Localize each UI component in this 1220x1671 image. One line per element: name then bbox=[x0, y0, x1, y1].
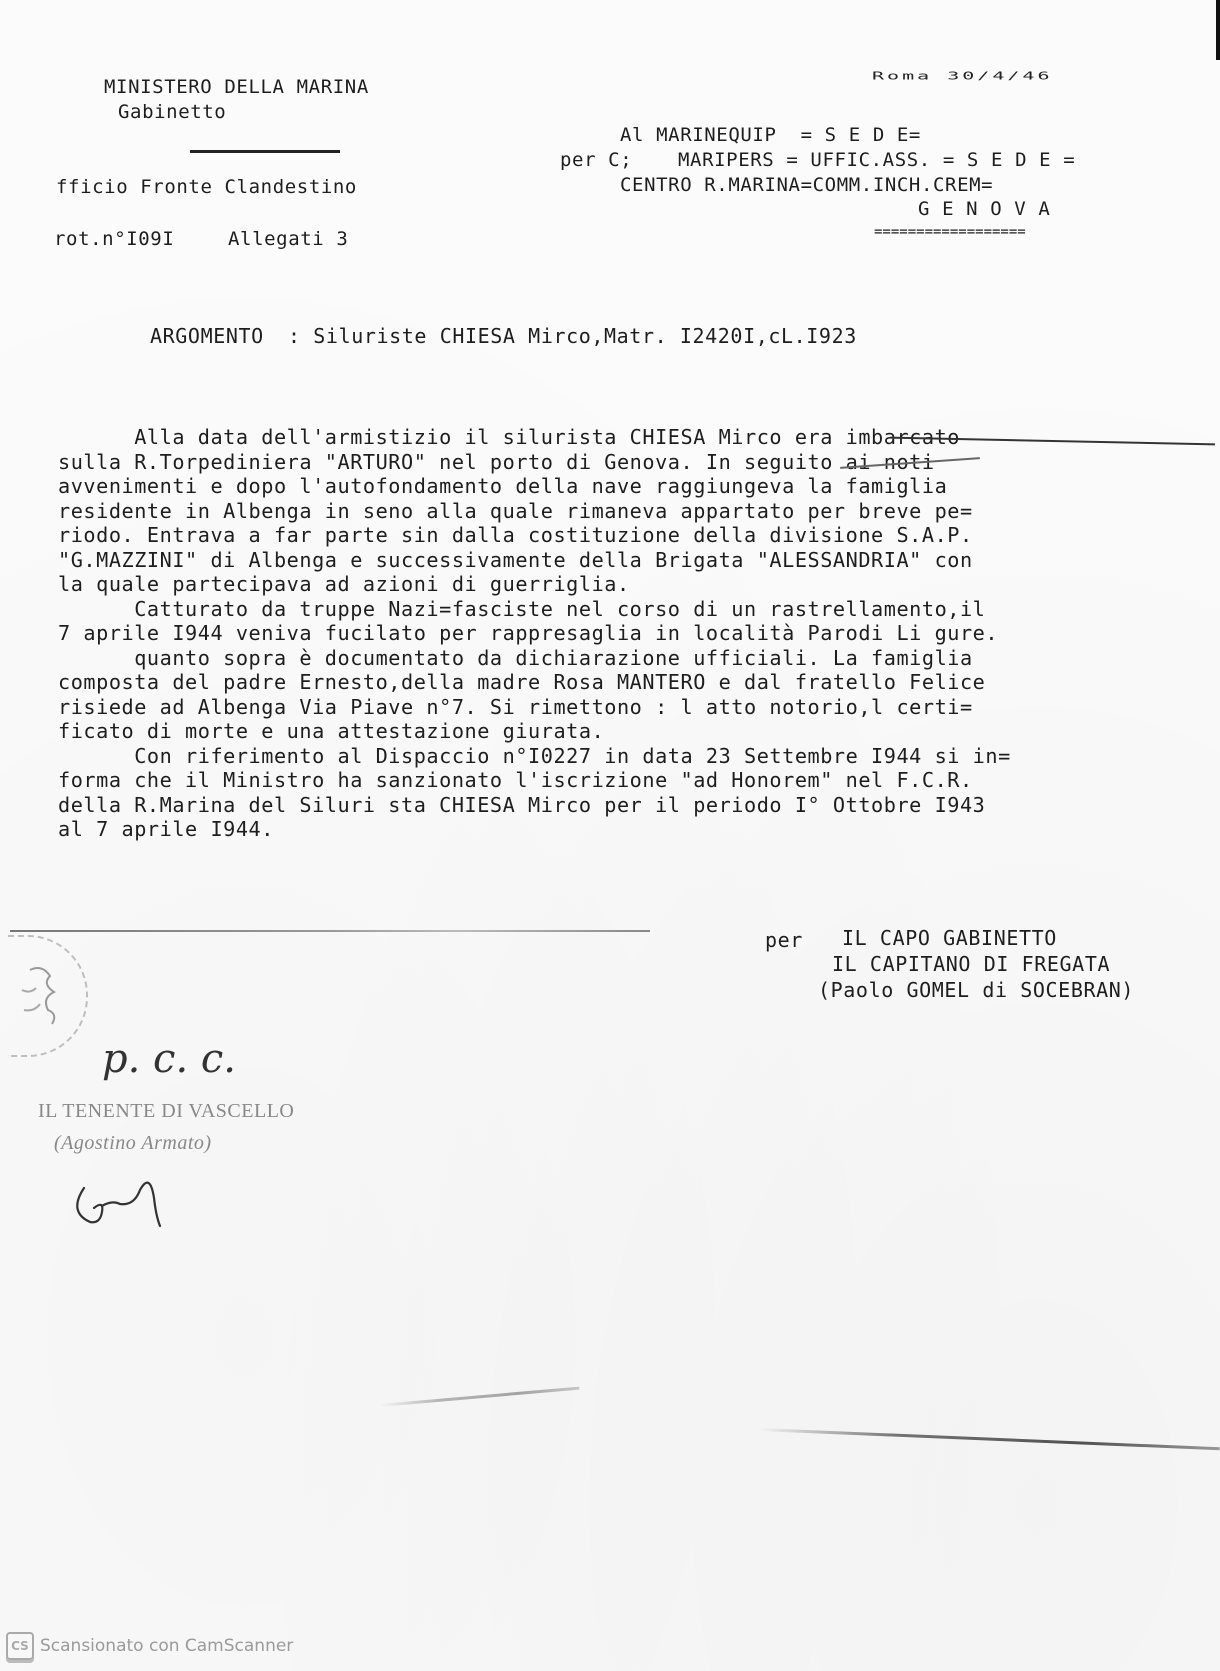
body-line: composta del padre Ernesto,della madre R… bbox=[58, 670, 1218, 695]
scan-artifact bbox=[380, 1387, 580, 1407]
body-line: ficato di morte e una attestazione giura… bbox=[58, 719, 1218, 744]
body-line: Con riferimento al Dispaccio n°I0227 in … bbox=[58, 744, 1218, 769]
scan-artifact bbox=[760, 1428, 1220, 1450]
body-line: avvenimenti e dopo l'autofondamento dell… bbox=[58, 474, 1218, 499]
watermark-text: Scansionato con CamScanner bbox=[40, 1636, 293, 1656]
body-line: della R.Marina del Siluri sta CHIESA Mir… bbox=[58, 793, 1218, 818]
department-name: Gabinetto bbox=[118, 103, 226, 122]
recipient-to: Al MARINEQUIP = S E D E= bbox=[620, 126, 921, 145]
separator-line bbox=[10, 930, 650, 932]
page-edge bbox=[1216, 0, 1220, 60]
signature-line-2: IL CAPITANO DI FREGATA bbox=[832, 952, 1110, 976]
signature-line-3: (Paolo GOMEL di SOCEBRAN) bbox=[818, 978, 1134, 1002]
body-line: residente in Albenga in seno alla quale … bbox=[58, 499, 1218, 524]
recipient-cc-2: CENTRO R.MARINA=COMM.INCH.CREM= bbox=[620, 176, 993, 195]
letter-body: Alla data dell'armistizio il silurista C… bbox=[58, 425, 1218, 842]
protocol-number: rot.n°I09I bbox=[54, 230, 174, 249]
body-line: forma che il Ministro ha sanzionato l'is… bbox=[58, 768, 1218, 793]
body-line: quanto sopra è documentato da dichiarazi… bbox=[58, 646, 1218, 671]
body-line: Catturato da truppe Nazi=fasciste nel co… bbox=[58, 597, 1218, 622]
stamp-emblem-icon bbox=[12, 950, 82, 1040]
camscanner-logo-icon: CS bbox=[6, 1632, 34, 1660]
recipient-city: G E N O V A bbox=[918, 200, 1050, 219]
recipient-underline: ================== bbox=[874, 225, 1026, 239]
body-line: Alla data dell'armistizio il silurista C… bbox=[58, 425, 1218, 450]
office-name: fficio Fronte Clandestino bbox=[56, 178, 357, 197]
body-line: sulla R.Torpediniera "ARTURO" nel porto … bbox=[58, 450, 1218, 475]
signature-line-1: IL CAPO GABINETTO bbox=[842, 926, 1057, 950]
subject-label: ARGOMENTO bbox=[150, 326, 264, 346]
body-line: risiede ad Albenga Via Piave n°7. Si rim… bbox=[58, 695, 1218, 720]
body-line: al 7 aprile I944. bbox=[58, 817, 1218, 842]
recipient-cc-prefix: per C; bbox=[560, 151, 632, 170]
ministry-title: MINISTERO DELLA MARINA bbox=[104, 78, 369, 97]
document-date: Roma 30/4/46 bbox=[872, 69, 1053, 82]
attachments-count: Allegati 3 bbox=[228, 230, 348, 249]
recipient-cc: MARIPERS = UFFIC.ASS. = S E D E = bbox=[678, 151, 1075, 170]
handwritten-signature-icon bbox=[66, 1166, 196, 1236]
body-line: "G.MAZZINI" di Albenga e successivamente… bbox=[58, 548, 1218, 573]
certification-initials: p. c. c. bbox=[102, 1036, 236, 1082]
body-line: riodo. Entrava a far parte sin dalla cos… bbox=[58, 523, 1218, 548]
scanner-watermark: CS Scansionato con CamScanner bbox=[6, 1632, 293, 1660]
certifier-title: IL TENENTE DI VASCELLO bbox=[38, 1100, 294, 1123]
signature-prefix: per bbox=[765, 928, 803, 952]
body-line: 7 aprile I944 veniva fucilato per rappre… bbox=[58, 621, 1218, 646]
subject-text: : Siluriste CHIESA Mirco,Matr. I2420I,cL… bbox=[288, 326, 857, 346]
body-line: la quale partecipava ad azioni di guerri… bbox=[58, 572, 1218, 597]
certifier-name: (Agostino Armato) bbox=[54, 1132, 212, 1155]
document-page: MINISTERO DELLA MARINA Gabinetto fficio … bbox=[0, 0, 1220, 1671]
letterhead-rule bbox=[190, 150, 340, 153]
